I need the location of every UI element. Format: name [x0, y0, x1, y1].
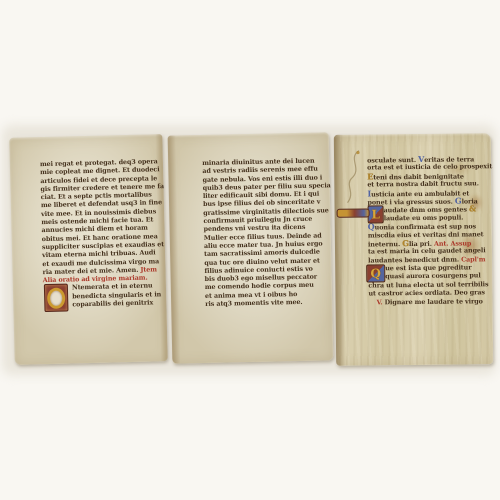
initial-o-ring [47, 287, 66, 308]
rubric-text: V. [377, 298, 385, 306]
illuminated-initial-L: L [368, 205, 384, 223]
text-line: V. Dignare me laudare te virgo [369, 297, 484, 307]
middle-leaf-text: minaria diuinitus ante dei lucenad vestr… [202, 157, 317, 309]
initial-l-glyph: L [371, 208, 380, 220]
rubric-text: Jtem [140, 265, 157, 273]
body-text: Dignare me laudare te virgo [385, 297, 483, 306]
initial-q-glyph: Q [370, 267, 381, 279]
manuscript-leaves-photo: mei regat et protegat. deq3 operamie cop… [0, 0, 500, 500]
rubric-text: Capl'm [461, 255, 485, 263]
gold-initial-letter: & [469, 204, 476, 214]
text-line: ris atq3 momentis vite mee. [205, 298, 317, 309]
pen-flourish [337, 148, 368, 210]
manuscript-leaf-right: L Q osculate sunt. Veritas de terraorta … [334, 133, 493, 366]
text-line: orta est et iusticia de celo prospexit [367, 163, 482, 173]
body-text: et terra nostra dabit fructu suu. [367, 179, 479, 188]
body-text: ris atq3 momentis vite mee. [205, 298, 303, 308]
left-leaf-text: mei regat et protegat. deq3 operamie cop… [40, 157, 158, 309]
body-text: orta est et iusticia de celo prospexit [367, 163, 492, 172]
body-text: coparabilis dei genitrix [72, 298, 153, 308]
manuscript-leaf-middle: minaria diuinitus ante dei lucenad vestr… [168, 132, 334, 363]
initial-l-margin-bar [337, 208, 370, 217]
manuscript-leaf-left: mei regat et protegat. deq3 operamie cop… [9, 134, 168, 365]
illuminated-initial-O [44, 284, 69, 313]
illuminated-initial-Q: Q [366, 264, 385, 282]
right-leaf-text: L Q osculate sunt. Veritas de terraorta … [367, 154, 484, 306]
